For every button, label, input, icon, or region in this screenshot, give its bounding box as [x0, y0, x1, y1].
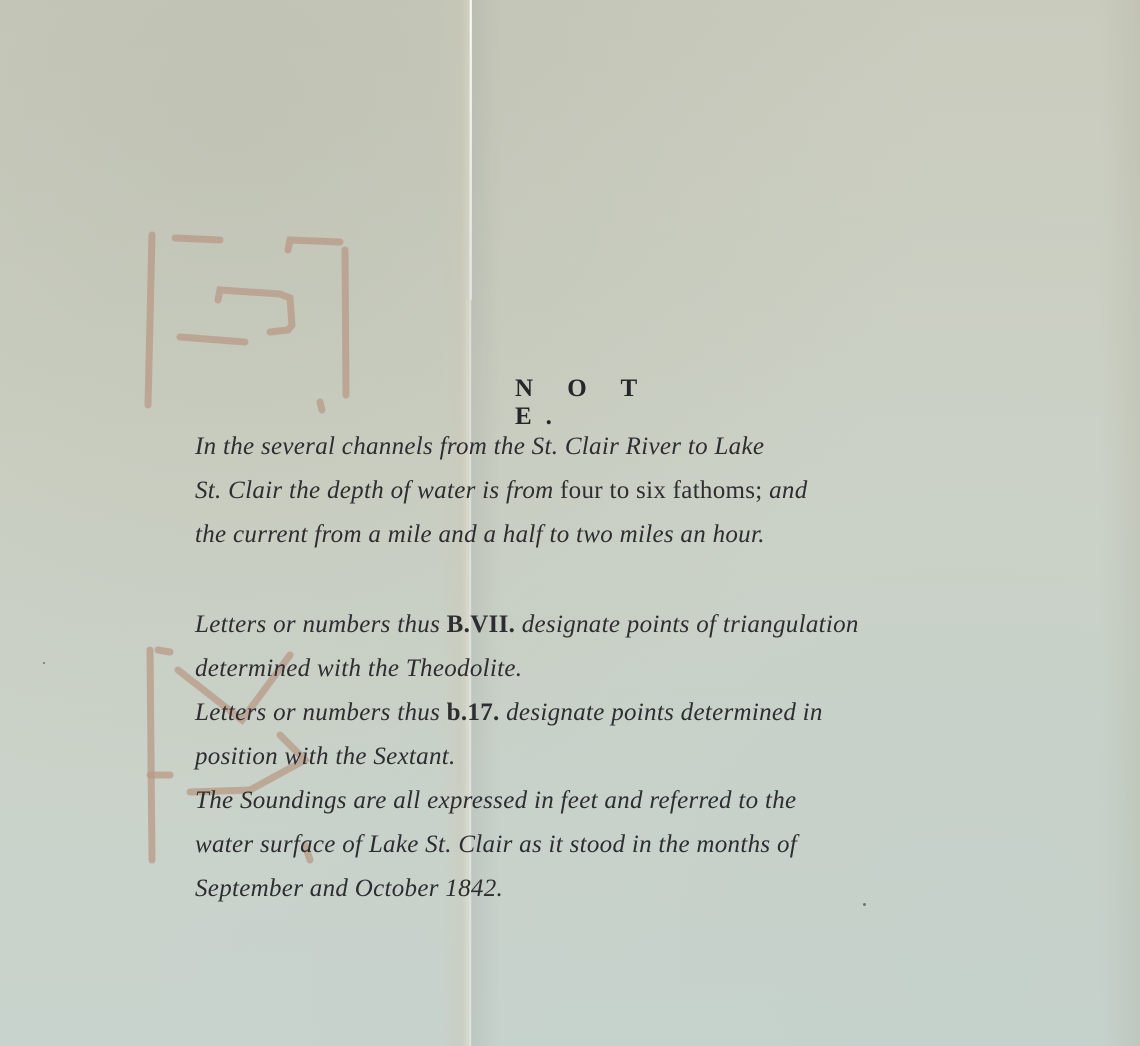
triangulation-text-tail: designate points of triangulation — [515, 611, 859, 638]
ink-speck — [863, 903, 866, 906]
right-edge-shadow — [1100, 0, 1140, 1046]
note-paragraph-2-line-2: determined with the Theodolite. — [195, 655, 522, 683]
note-paragraph-1-line-3: the current from a mile and a half to tw… — [195, 521, 765, 549]
note-paragraph-4-line-3: September and October 1842. — [195, 875, 503, 903]
fold-crease-tear — [470, 0, 472, 300]
faded-stamp-top — [130, 220, 350, 420]
note-paragraph-3-line-2: position with the Sextant. — [195, 743, 456, 771]
note-paragraph-4-line-2: water surface of Lake St. Clair as it st… — [195, 831, 797, 859]
sextant-marker: b.17. — [447, 699, 500, 726]
note-paragraph-1-line-2: St. Clair the depth of water is from fou… — [195, 477, 808, 505]
depth-text-italic: St. Clair the depth of water is from — [195, 477, 560, 504]
sextant-text-lead: Letters or numbers thus — [195, 699, 447, 726]
depth-text-and: and — [763, 477, 808, 504]
sextant-text-tail: designate points determined in — [500, 699, 823, 726]
note-paragraph-2-line-1: Letters or numbers thus B.VII. designate… — [195, 611, 859, 639]
triangulation-text-lead: Letters or numbers thus — [195, 611, 447, 638]
note-paragraph-1-line-1: In the several channels from the St. Cla… — [195, 433, 764, 461]
note-paragraph-3-line-1: Letters or numbers thus b.17. designate … — [195, 699, 823, 727]
stamp-mark-icon — [130, 220, 350, 420]
note-paragraph-4-line-1: The Soundings are all expressed in feet … — [195, 787, 796, 815]
ink-speck — [43, 662, 45, 664]
note-heading: N O T E. — [515, 375, 695, 431]
depth-fathoms-text: four to six fathoms; — [560, 477, 763, 504]
triangulation-marker: B.VII. — [447, 611, 516, 638]
